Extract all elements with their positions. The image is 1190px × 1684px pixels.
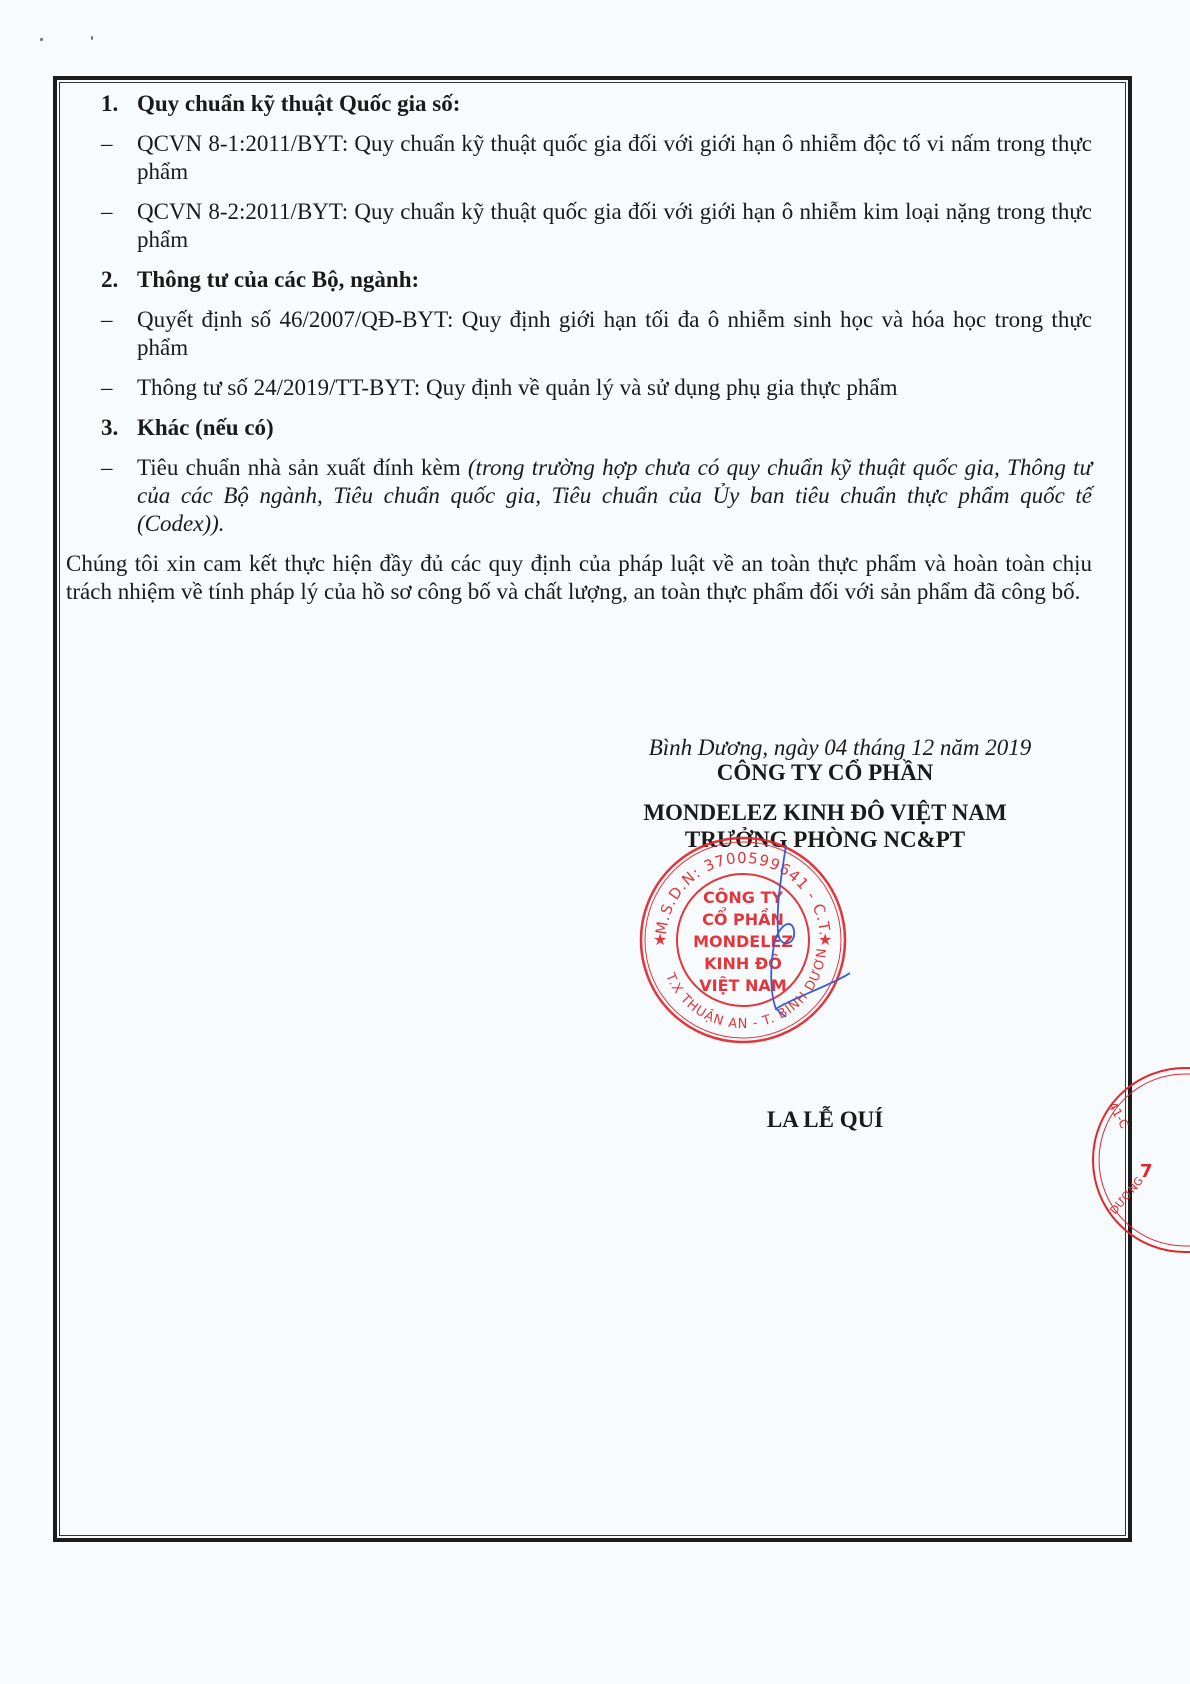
- section-heading-1: 1. Quy chuẩn kỹ thuật Quốc gia số:: [101, 90, 1096, 118]
- svg-text:★: ★: [653, 930, 667, 949]
- company-name-line2: MONDELEZ KINH ĐÔ VIỆT NAM: [600, 800, 1050, 826]
- document-body: 1. Quy chuẩn kỹ thuật Quốc gia số: – QCV…: [66, 90, 1096, 606]
- list-item: – Thông tư số 24/2019/TT-BYT: Quy định v…: [101, 374, 1096, 402]
- section-number: 2.: [101, 266, 137, 294]
- svg-text:41-C: 41-C: [1105, 1100, 1131, 1131]
- place-date: Bình Dương, ngày 04 tháng 12 năm 2019: [630, 735, 1050, 761]
- section-title: Khác (nếu có): [137, 414, 274, 442]
- company-name-line1: CÔNG TY CỔ PHẦN: [600, 760, 1050, 786]
- section-title: Quy chuẩn kỹ thuật Quốc gia số:: [137, 90, 460, 118]
- list-item-text: Tiêu chuẩn nhà sản xuất đính kèm (trong …: [137, 454, 1096, 538]
- section-title: Thông tư của các Bộ, ngành:: [137, 266, 419, 294]
- commitment-paragraph: Chúng tôi xin cam kết thực hiện đầy đủ c…: [66, 550, 1096, 606]
- list-item-text: QCVN 8-1:2011/BYT: Quy chuẩn kỹ thuật qu…: [137, 130, 1096, 186]
- list-item-text: QCVN 8-2:2011/BYT: Quy chuẩn kỹ thuật qu…: [137, 198, 1096, 254]
- list-item: – Quyết định số 46/2007/QĐ-BYT: Quy định…: [101, 306, 1096, 362]
- list-item-text: Thông tư số 24/2019/TT-BYT: Quy định về …: [137, 374, 1096, 402]
- list-item-text-plain: Tiêu chuẩn nhà sản xuất đính kèm: [137, 455, 468, 480]
- edge-stamp-fragment: 7 41-C DƯƠNG: [1080, 1065, 1190, 1255]
- section-heading-3: 3. Khác (nếu có): [101, 414, 1096, 442]
- dash-bullet: –: [101, 130, 137, 186]
- company-stamp: M.S.D.N: 3700599641 - C.T.C.P T.X THUẬN …: [636, 833, 850, 1047]
- stamp-line: CÔNG TY: [703, 888, 783, 907]
- dash-bullet: –: [101, 198, 137, 254]
- section-number: 1.: [101, 90, 137, 118]
- svg-text:★: ★: [818, 930, 832, 949]
- stamp-line: KINH ĐÔ: [704, 954, 782, 973]
- svg-text:DƯƠNG: DƯƠNG: [1107, 1174, 1146, 1217]
- stamp-line: CỔ PHẦN: [702, 907, 784, 929]
- dash-bullet: –: [101, 374, 137, 402]
- dash-bullet: –: [101, 306, 137, 362]
- scan-speck: [91, 36, 93, 40]
- stamp-line: VIỆT NAM: [699, 975, 786, 995]
- scan-speck: [40, 38, 43, 41]
- list-item: – QCVN 8-1:2011/BYT: Quy chuẩn kỹ thuật …: [101, 130, 1096, 186]
- section-heading-2: 2. Thông tư của các Bộ, ngành:: [101, 266, 1096, 294]
- list-item: – QCVN 8-2:2011/BYT: Quy chuẩn kỹ thuật …: [101, 198, 1096, 254]
- list-item-text: Quyết định số 46/2007/QĐ-BYT: Quy định g…: [137, 306, 1096, 362]
- svg-text:7: 7: [1140, 1161, 1153, 1182]
- section-number: 3.: [101, 414, 137, 442]
- signer-name: LA LỄ QUÍ: [600, 1107, 1050, 1133]
- dash-bullet: –: [101, 454, 137, 538]
- list-item: – Tiêu chuẩn nhà sản xuất đính kèm (tron…: [101, 454, 1096, 538]
